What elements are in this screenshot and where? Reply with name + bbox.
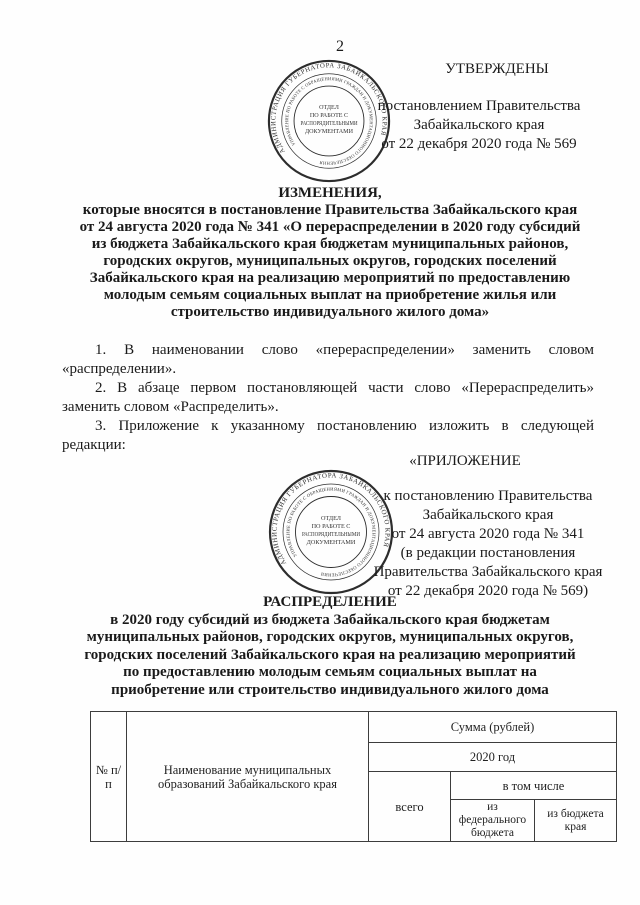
changes-subtitle-line: городских округов, муниципальных округов…	[48, 253, 612, 270]
appendix-line: к постановлению Правительства	[368, 487, 608, 506]
changes-heading: ИЗМЕНЕНИЯ, которые вносятся в постановле…	[48, 185, 612, 321]
paragraph-2: 2. В абзаце первом постановляющей части …	[62, 379, 594, 417]
amendment-paragraphs: 1. В наименовании слово «перераспределен…	[62, 341, 594, 455]
appendix-line: Правительства Забайкальского края	[368, 563, 608, 582]
distribution-subtitle-line: городских поселений Забайкальского края …	[48, 647, 612, 665]
table-header-year: 2020 год	[369, 743, 617, 772]
approval-line: Забайкальского края	[358, 116, 600, 135]
table-header-num: № п/п	[91, 712, 127, 842]
approval-title: УТВЕРЖДЕНЫ	[358, 60, 600, 79]
appendix-line: (в редакции постановления	[368, 544, 608, 563]
stamp-center-line: ПО РАБОТЕ С	[312, 523, 351, 530]
stamp-center-line: РАСПОРЯДИТЕЛЬНЫМИ	[302, 531, 360, 538]
changes-subtitle-line: которые вносятся в постановление Правите…	[48, 202, 612, 219]
changes-subtitle-line: из бюджета Забайкальского края бюджетам …	[48, 236, 612, 253]
table-header-total: всего	[369, 772, 451, 842]
stamp-center-text: ОТДЕЛ ПО РАБОТЕ С РАСПОРЯДИТЕЛЬНЫМИ ДОКУ…	[300, 105, 358, 135]
appendix-line: Забайкальского края	[368, 506, 608, 525]
stamp-center-text: ОТДЕЛ ПО РАБОТЕ С РАСПОРЯДИТЕЛЬНЫМИ ДОКУ…	[302, 515, 360, 546]
stamp-center-line: ПО РАБОТЕ С	[310, 113, 348, 119]
distribution-heading: РАСПРЕДЕЛЕНИЕ в 2020 году субсидий из бю…	[48, 594, 612, 699]
stamp-center-line: РАСПОРЯДИТЕЛЬНЫМИ	[300, 121, 358, 127]
stamp-center-line: ДОКУМЕНТАМИ	[307, 539, 356, 546]
paragraph-3: 3. Приложение к указанному постановлению…	[62, 417, 594, 455]
stamp-center-line: ОТДЕЛ	[319, 105, 339, 111]
distribution-subtitle-line: в 2020 году субсидий из бюджета Забайкал…	[48, 612, 612, 630]
appendix-line: от 24 августа 2020 года № 341	[368, 525, 608, 544]
changes-subtitle-line: Забайкальского края на реализацию меропр…	[48, 270, 612, 287]
page-number: 2	[336, 38, 344, 56]
table-header-name: Наименование муниципальных образований З…	[127, 712, 369, 842]
changes-subtitle-line: молодым семьям социальных выплат на прио…	[48, 287, 612, 304]
table-header-regional: из бюджета края	[535, 800, 617, 842]
changes-subtitle-line: строительство индивидуального жилого дом…	[48, 304, 612, 321]
distribution-title: РАСПРЕДЕЛЕНИЕ	[48, 594, 612, 612]
appendix-block: к постановлению Правительства Забайкальс…	[368, 487, 608, 601]
table-header-row: № п/п Наименование муниципальных образов…	[91, 712, 617, 743]
document-page: 2 АДМИНИСТРАЦИЯ ГУБЕРНАТОРА ЗАБАЙКАЛЬСКО…	[0, 0, 640, 905]
table-header-sum: Сумма (рублей)	[369, 712, 617, 743]
paragraph-1: 1. В наименовании слово «перераспределен…	[62, 341, 594, 379]
changes-title: ИЗМЕНЕНИЯ,	[48, 185, 612, 202]
changes-subtitle-line: от 24 августа 2020 года № 341 «О перерас…	[48, 219, 612, 236]
approval-line: постановлением Правительства	[358, 97, 600, 116]
distribution-subtitle-line: приобретение или строительство индивидуа…	[48, 682, 612, 700]
approval-line: от 22 декабря 2020 года № 569	[358, 135, 600, 154]
table-header-including: в том числе	[451, 772, 617, 800]
distribution-subtitle-line: муниципальных районов, городских округов…	[48, 629, 612, 647]
table-header-federal: из федерального бюджета	[451, 800, 535, 842]
stamp-center-line: ОТДЕЛ	[321, 515, 342, 522]
distribution-subtitle-line: по предоставлению молодым семьям социаль…	[48, 664, 612, 682]
distribution-table: № п/п Наименование муниципальных образов…	[90, 711, 617, 842]
stamp-center-line: ДОКУМЕНТАМИ	[305, 129, 354, 135]
approval-block: УТВЕРЖДЕНЫ постановлением Правительства …	[358, 60, 600, 154]
